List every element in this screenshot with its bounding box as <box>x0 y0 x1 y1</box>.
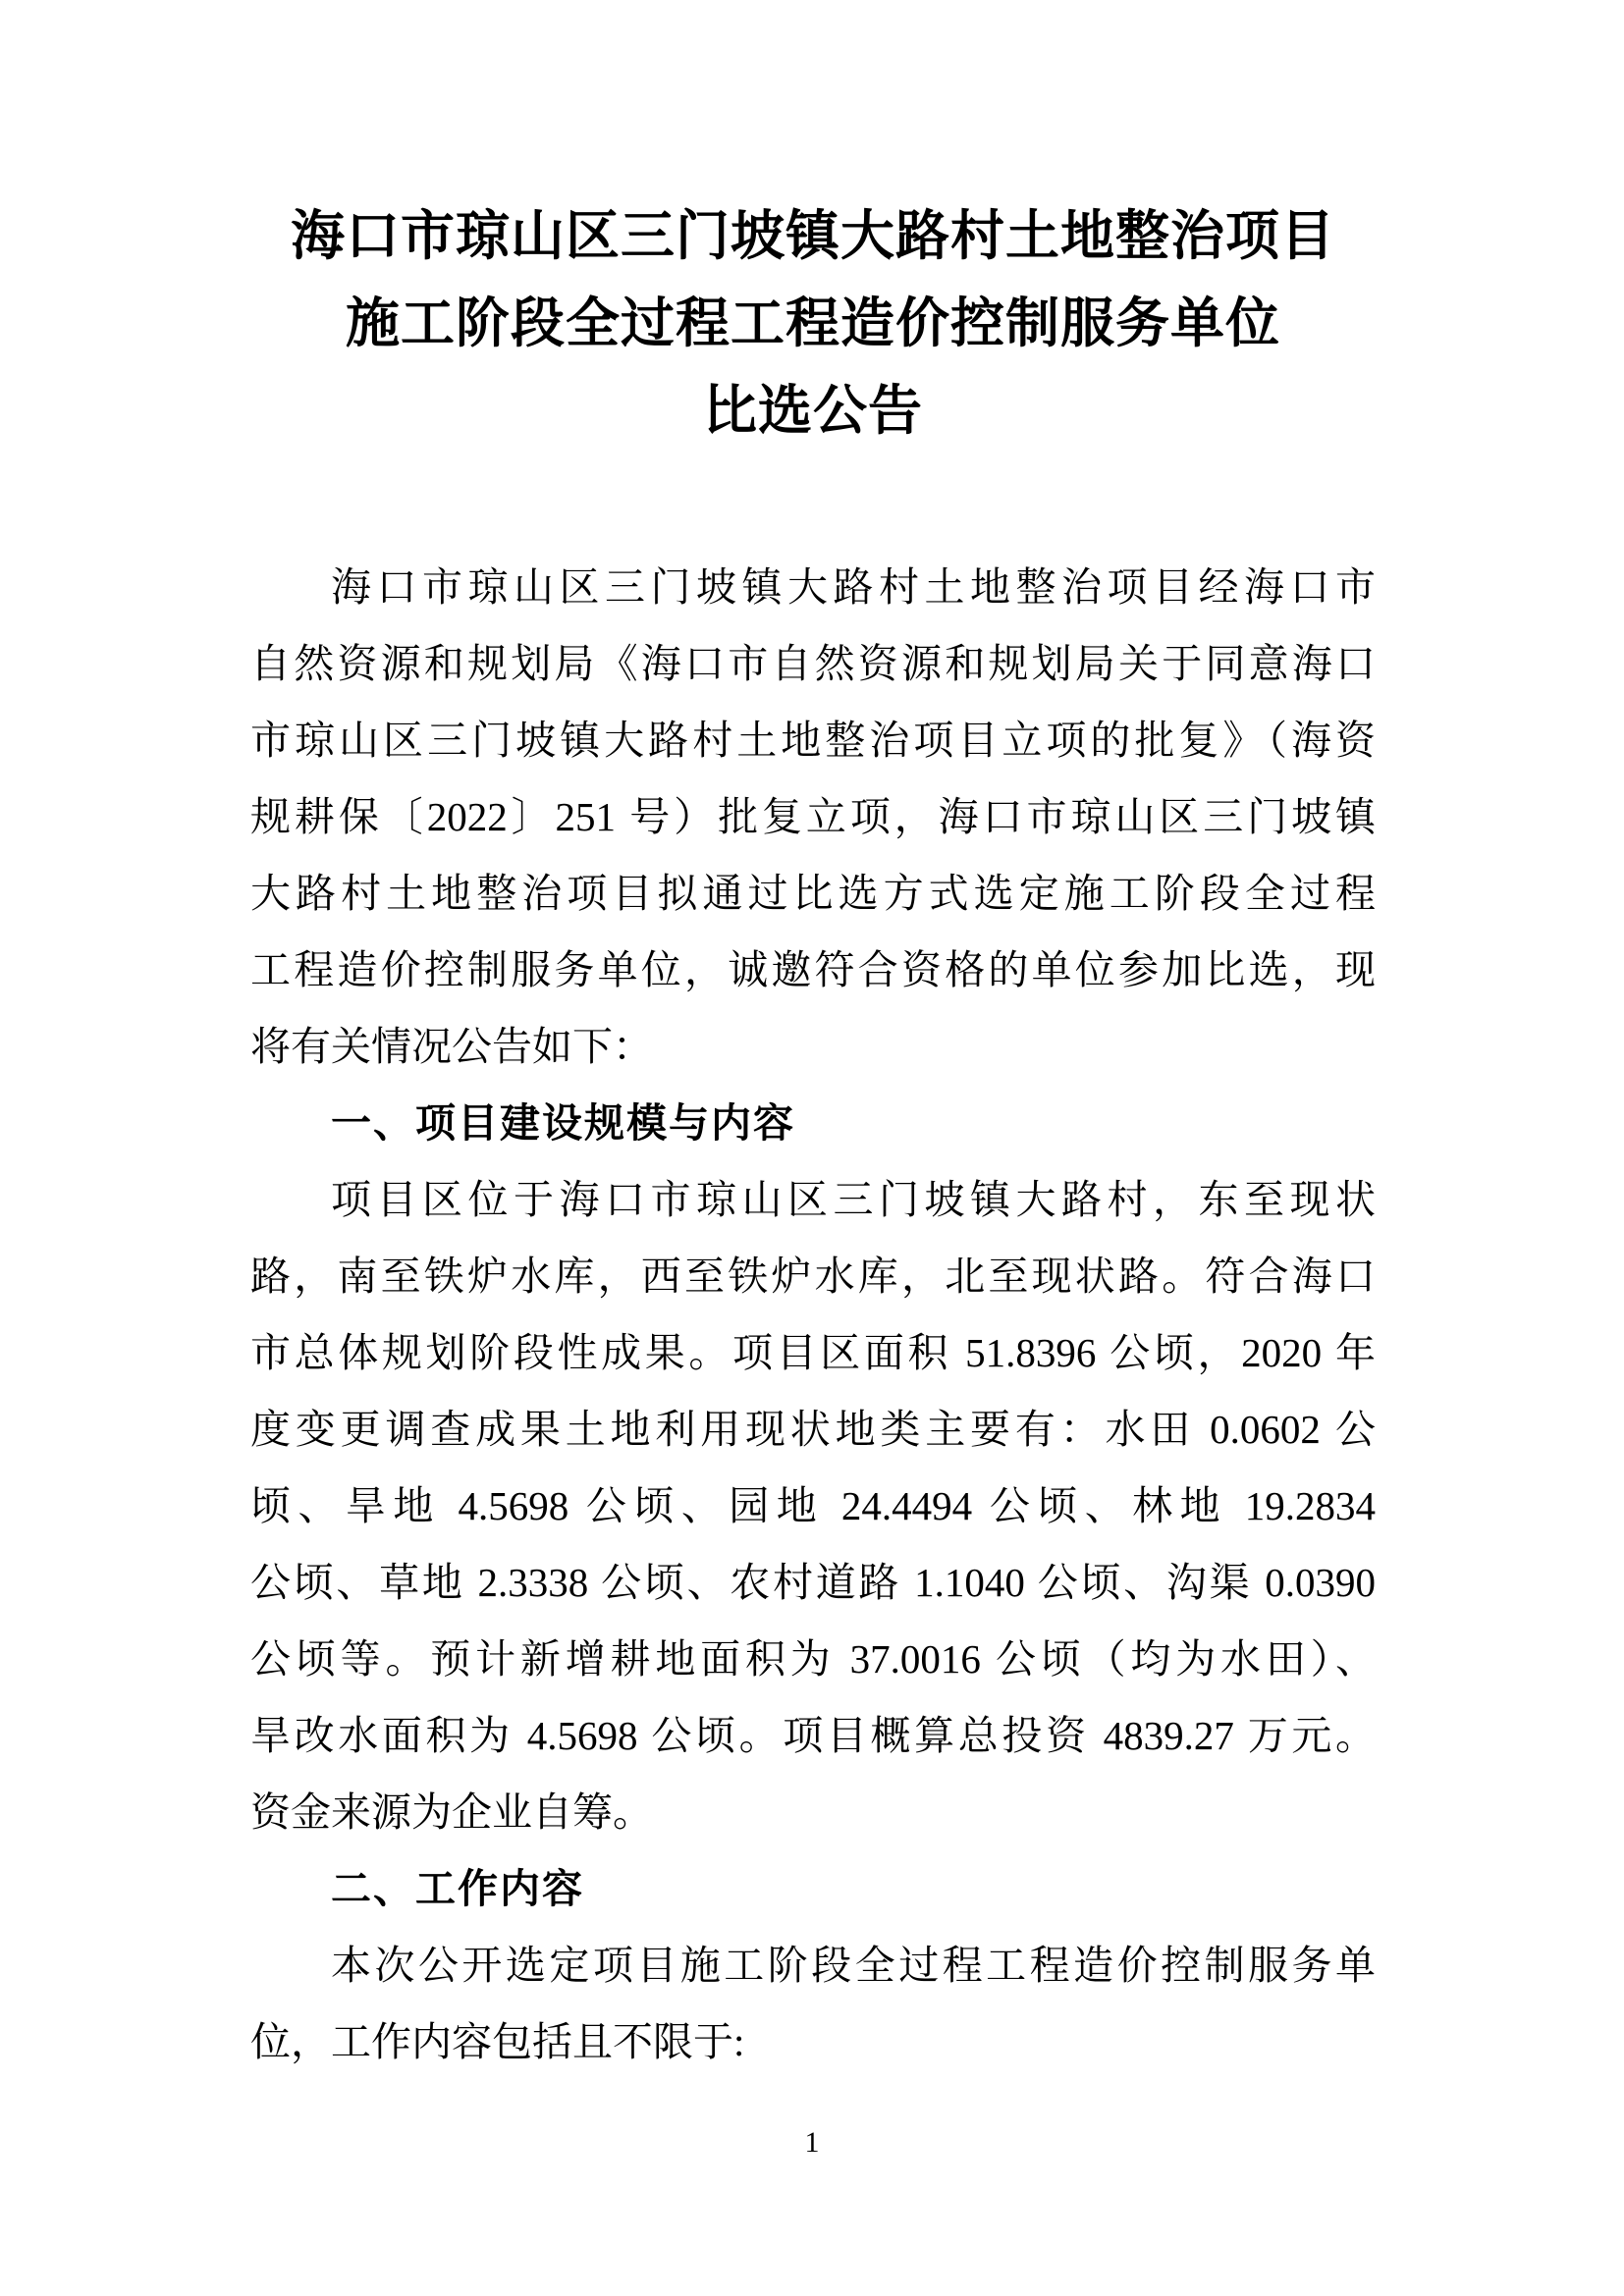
section-heading: 二、工作内容 <box>250 1850 1376 1927</box>
paragraph-line: 公顷等。预计新增耕地面积为 37.0016 公顷（均为水田）、 <box>250 1621 1376 1697</box>
paragraph-line: 市总体规划阶段性成果。项目区面积 51.8396 公顷，2020 年 <box>250 1314 1376 1391</box>
paragraph-line: 顷、旱地 4.5698 公顷、园地 24.4494 公顷、林地 19.2834 <box>250 1468 1376 1544</box>
document-page: 海口市琼山区三门坡镇大路村土地整治项目施工阶段全过程工程造价控制服务单位比选公告… <box>0 0 1624 2296</box>
document-body: 海口市琼山区三门坡镇大路村土地整治项目经海口市自然资源和规划局《海口市自然资源和… <box>250 549 1376 2080</box>
paragraph-line: 路，南至铁炉水库，西至铁炉水库，北至现状路。符合海口 <box>250 1238 1376 1314</box>
paragraph-line: 市琼山区三门坡镇大路村土地整治项目立项的批复》（海资 <box>250 702 1376 778</box>
paragraph-line: 大路村土地整治项目拟通过比选方式选定施工阶段全过程 <box>250 855 1376 932</box>
paragraph-line: 公顷、草地 2.3338 公顷、农村道路 1.1040 公顷、沟渠 0.0390 <box>250 1544 1376 1621</box>
title-line: 比选公告 <box>250 367 1376 454</box>
paragraph-line: 位，工作内容包括且不限于: <box>250 2003 1376 2080</box>
title-line: 海口市琼山区三门坡镇大路村土地整治项目 <box>250 192 1376 280</box>
paragraph-line: 旱改水面积为 4.5698 公顷。项目概算总投资 4839.27 万元。 <box>250 1697 1376 1774</box>
document-title: 海口市琼山区三门坡镇大路村土地整治项目施工阶段全过程工程造价控制服务单位比选公告 <box>250 192 1376 454</box>
paragraph-line: 海口市琼山区三门坡镇大路村土地整治项目经海口市 <box>250 549 1376 625</box>
section-heading: 一、项目建设规模与内容 <box>250 1085 1376 1161</box>
paragraph-line: 将有关情况公告如下： <box>250 1008 1376 1085</box>
paragraph-line: 工程造价控制服务单位，诚邀符合资格的单位参加比选，现 <box>250 932 1376 1008</box>
paragraph-line: 本次公开选定项目施工阶段全过程工程造价控制服务单 <box>250 1927 1376 2003</box>
paragraph-line: 规耕保〔2022〕251 号）批复立项，海口市琼山区三门坡镇 <box>250 778 1376 855</box>
paragraph-line: 项目区位于海口市琼山区三门坡镇大路村，东至现状 <box>250 1161 1376 1238</box>
title-line: 施工阶段全过程工程造价控制服务单位 <box>250 280 1376 367</box>
paragraph-line: 自然资源和规划局《海口市自然资源和规划局关于同意海口 <box>250 625 1376 702</box>
page-number: 1 <box>0 2124 1624 2162</box>
document-content: 海口市琼山区三门坡镇大路村土地整治项目施工阶段全过程工程造价控制服务单位比选公告… <box>250 192 1376 2080</box>
paragraph-line: 度变更调查成果土地利用现状地类主要有：水田 0.0602 公 <box>250 1391 1376 1468</box>
paragraph-line: 资金来源为企业自筹。 <box>250 1774 1376 1850</box>
